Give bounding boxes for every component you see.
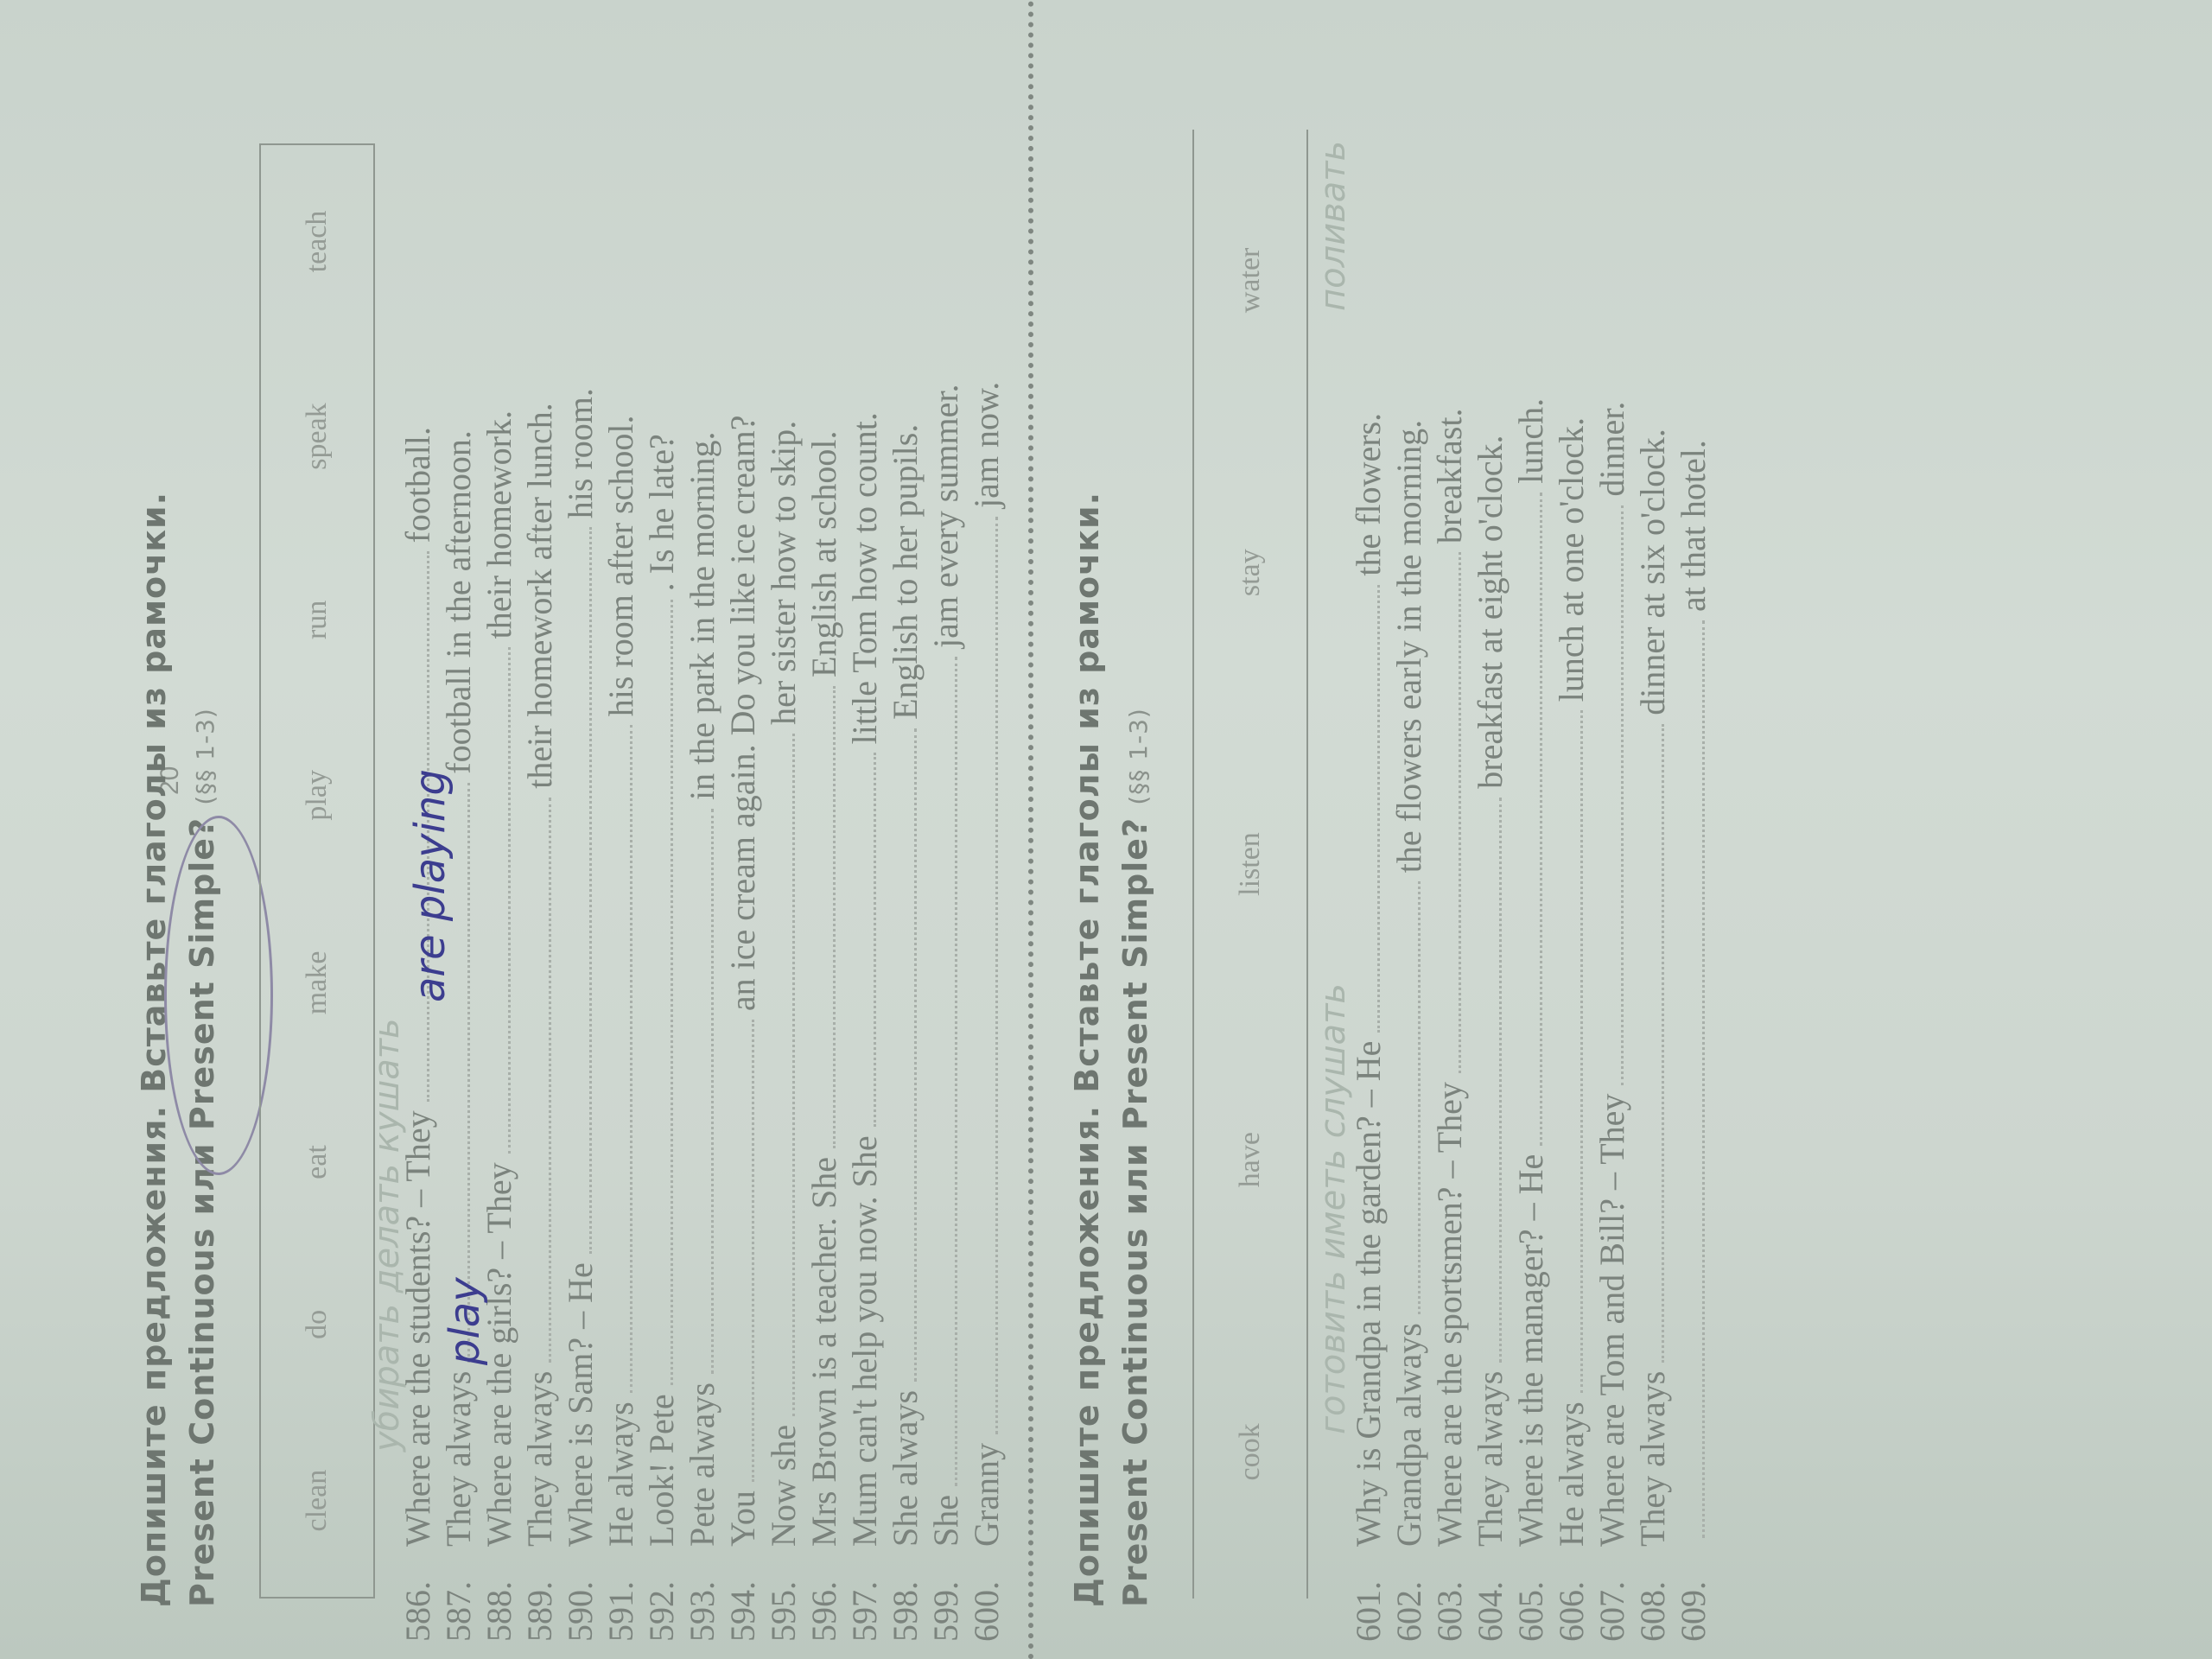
item-prompt: Where is the manager? – He	[1511, 1146, 1550, 1547]
word-box-1: cleandoeatmakeplayrunspeakteach	[259, 143, 375, 1599]
exercise-item-591: 591.He always his room after school.	[601, 415, 642, 1642]
item-continuation: an ice cream again. Do you like ice crea…	[723, 415, 762, 1020]
answer-blank[interactable]	[1473, 798, 1502, 1363]
item-prompt: Now she	[764, 1416, 803, 1547]
item-number: 602.	[1389, 1547, 1430, 1642]
item-continuation: little Tom how to count.	[845, 412, 884, 753]
item-number: 606.	[1551, 1547, 1592, 1642]
word-box-item-run: run	[301, 592, 334, 648]
item-continuation: football.	[398, 427, 437, 551]
answer-blank[interactable]	[563, 527, 592, 1254]
item-continuation: jam every summer.	[926, 385, 965, 657]
item-number: 605.	[1510, 1547, 1552, 1642]
answer-blank[interactable]	[726, 1020, 754, 1482]
word-box-2: cookhavelistenstaywater	[1192, 130, 1308, 1599]
word-box-item-listen: listen	[1234, 823, 1267, 905]
item-number: 607.	[1592, 1547, 1633, 1642]
item-prompt: He always	[601, 1393, 640, 1547]
answer-blank[interactable]	[1636, 724, 1664, 1363]
exercise-item-602: 602.Grandpa always the flowers early in …	[1389, 420, 1430, 1642]
item-number: 604.	[1470, 1547, 1511, 1642]
item-number: 595.	[763, 1547, 804, 1642]
exercise-item-593: 593.Pete always in the park in the morni…	[682, 431, 723, 1642]
item-number: 609.	[1673, 1547, 1714, 1642]
word-box-item-stay: stay	[1234, 540, 1267, 605]
item-prompt: They always	[439, 1363, 478, 1547]
handwritten-answer-587: play	[441, 1277, 489, 1365]
item-number: 591.	[601, 1547, 642, 1642]
item-continuation: football in the afternoon.	[439, 430, 478, 783]
heading-1-section-ref: (§§ 1-3)	[191, 708, 219, 804]
exercise-item-604: 604.They always breakfast at eight o'clo…	[1470, 435, 1511, 1642]
item-number: 586.	[397, 1547, 439, 1642]
word-box-item-clean: clean	[301, 1461, 334, 1541]
word-box-item-teach: teach	[301, 202, 334, 282]
item-number: 587.	[438, 1547, 480, 1642]
item-prompt: They always	[1633, 1363, 1672, 1547]
exercise-item-608: 608.They always dinner at six o'clock.	[1632, 429, 1674, 1642]
answer-blank[interactable]	[888, 728, 917, 1382]
exercise-item-609: 609. at that hotel.	[1673, 440, 1714, 1642]
answer-blank[interactable]	[766, 734, 795, 1416]
item-number: 593.	[682, 1547, 723, 1642]
item-continuation: the flowers early in the morning.	[1389, 420, 1428, 881]
answer-blank[interactable]	[1351, 585, 1380, 1033]
item-number: 588.	[479, 1547, 520, 1642]
exercise-item-597: 597.Mum can't help you now. She little T…	[844, 412, 886, 1642]
item-number: 600.	[966, 1547, 1007, 1642]
exercise-item-596: 596.Mrs Brown is a teacher. She English …	[804, 430, 845, 1642]
item-number: 599.	[925, 1547, 967, 1642]
answer-blank[interactable]	[1392, 881, 1421, 1314]
item-number: 592.	[641, 1547, 683, 1642]
item-continuation: their homework after lunch.	[520, 403, 559, 798]
item-prompt: Pete always	[683, 1374, 721, 1547]
heading-2-part-a: Допишите предложения.	[1068, 1105, 1106, 1607]
exercise-item-600: 600.Granny jam now.	[966, 382, 1007, 1642]
item-number: 597.	[844, 1547, 886, 1642]
item-number: 608.	[1632, 1547, 1674, 1642]
answer-blank[interactable]	[685, 809, 714, 1374]
item-prompt: Where are the sportsmen? – They	[1430, 1073, 1469, 1547]
item-prompt: Mum can't help you now. She	[845, 1127, 884, 1547]
item-prompt: Grandpa always	[1389, 1314, 1428, 1547]
item-continuation: her sister how to skip.	[764, 421, 803, 734]
exercise-item-594: 594.You an ice cream again. Do you like …	[722, 415, 764, 1642]
answer-blank[interactable]	[482, 647, 511, 1154]
item-prompt: Where is Sam? – He	[561, 1254, 600, 1547]
answer-blank[interactable]	[604, 725, 632, 1393]
word-box-item-speak: speak	[301, 394, 334, 478]
item-number: 589.	[519, 1547, 561, 1642]
answer-blank[interactable]	[929, 657, 957, 1486]
item-prompt: Granny	[967, 1434, 1006, 1547]
answer-blank[interactable]	[645, 600, 673, 1385]
answer-blank[interactable]	[1676, 620, 1705, 1538]
exercise-item-603: 603.Where are the sportsmen? – They brea…	[1429, 408, 1471, 1642]
word-box-item-cook: cook	[1234, 1414, 1267, 1489]
item-prompt: She	[926, 1486, 965, 1547]
word-box-item-play: play	[301, 761, 334, 829]
item-continuation: breakfast.	[1430, 408, 1469, 552]
heading-2-section-ref: (§§ 1-3)	[1124, 708, 1153, 804]
answer-blank[interactable]	[1514, 493, 1542, 1146]
item-prompt: Where are Tom and Bill? – They	[1592, 1085, 1631, 1547]
answer-blank[interactable]	[969, 517, 998, 1434]
exercise-item-589: 589.They always their homework after lun…	[519, 403, 561, 1642]
item-prompt: Why is Grandpa in the garden? – He	[1349, 1033, 1388, 1547]
answer-blank[interactable]	[848, 753, 876, 1127]
pencil-note-3: поливать	[1313, 141, 1353, 311]
answer-blank[interactable]	[1595, 505, 1624, 1085]
item-prompt	[1674, 1538, 1713, 1547]
exercise-2-heading: Допишите предложения. Вставьте глаголы и…	[1063, 492, 1163, 1607]
item-continuation: . Is he late?	[642, 434, 681, 600]
item-number: 590.	[560, 1547, 601, 1642]
handwritten-answer-586: are playing	[406, 769, 454, 1002]
exercise-item-588: 588.Where are the girls? – They their ho…	[479, 410, 520, 1642]
item-continuation: his room after school.	[601, 415, 640, 725]
answer-blank[interactable]	[1554, 710, 1583, 1393]
pencil-circle-annotation	[164, 816, 273, 1175]
item-continuation: dinner.	[1592, 402, 1631, 505]
exercise-item-592: 592.Look! Pete . Is he late?	[641, 434, 683, 1642]
exercise-item-598: 598.She always English to her pupils.	[885, 424, 926, 1642]
item-continuation: the flowers.	[1349, 413, 1388, 585]
item-continuation: lunch at one o'clock.	[1552, 417, 1591, 710]
heading-2-tense-question: Present Continuous или Present Simple?	[1116, 817, 1154, 1607]
answer-blank[interactable]	[807, 686, 836, 1148]
item-continuation: at that hotel.	[1674, 440, 1713, 620]
answer-blank[interactable]	[523, 798, 551, 1363]
word-box-item-have: have	[1234, 1123, 1267, 1196]
exercise-item-601: 601.Why is Grandpa in the garden? – He t…	[1348, 413, 1389, 1642]
exercise-item-586: 586.Where are the students? – They footb…	[397, 427, 439, 1642]
item-prompt: Mrs Brown is a teacher. She	[804, 1148, 843, 1547]
textbook-page: 20 Допишите предложения. Вставьте глагол…	[0, 0, 2212, 1659]
item-continuation: his room.	[561, 388, 600, 527]
exercise-item-595: 595.Now she her sister how to skip.	[763, 421, 804, 1642]
exercise-item-605: 605.Where is the manager? – He lunch.	[1510, 398, 1552, 1642]
item-number: 594.	[722, 1547, 764, 1642]
item-number: 598.	[885, 1547, 926, 1642]
answer-blank[interactable]	[1433, 552, 1461, 1073]
item-continuation: English at school.	[804, 430, 843, 686]
item-prompt: They always	[1471, 1363, 1510, 1547]
item-prompt: They always	[520, 1363, 559, 1547]
heading-1-part-a: Допишите предложения.	[135, 1105, 173, 1607]
exercise-item-606: 606.He always lunch at one o'clock.	[1551, 417, 1592, 1642]
item-continuation: lunch.	[1511, 398, 1550, 493]
item-continuation: their homework.	[480, 410, 518, 647]
item-prompt: You	[723, 1482, 762, 1547]
item-continuation: breakfast at eight o'clock.	[1471, 435, 1510, 797]
item-continuation: English to her pupils.	[886, 424, 925, 728]
item-prompt: Look! Pete	[642, 1385, 681, 1547]
word-box-item-eat: eat	[301, 1136, 334, 1188]
item-continuation: in the park in the morning.	[683, 431, 721, 809]
exercise-item-599: 599.She jam every summer.	[925, 385, 967, 1642]
item-number: 596.	[804, 1547, 845, 1642]
item-prompt: Where are the students? – They	[398, 1102, 437, 1547]
item-prompt: He always	[1552, 1393, 1591, 1547]
item-continuation: jam now.	[967, 382, 1006, 517]
word-box-item-water: water	[1234, 239, 1267, 322]
word-box-item-make: make	[301, 943, 334, 1024]
heading-2-part-b: Вставьте глаголы из рамочки.	[1068, 492, 1106, 1093]
item-prompt: She always	[886, 1382, 925, 1547]
exercise-item-607: 607.Where are Tom and Bill? – They dinne…	[1592, 402, 1633, 1642]
exercise-item-590: 590.Where is Sam? – He his room.	[560, 388, 601, 1642]
section-separator	[1028, 0, 1033, 1659]
word-box-item-do: do	[301, 1301, 334, 1348]
item-number: 603.	[1429, 1547, 1471, 1642]
item-continuation: dinner at six o'clock.	[1633, 429, 1672, 724]
exercise-item-587: 587.They always football in the afternoo…	[438, 430, 480, 1642]
item-number: 601.	[1348, 1547, 1389, 1642]
